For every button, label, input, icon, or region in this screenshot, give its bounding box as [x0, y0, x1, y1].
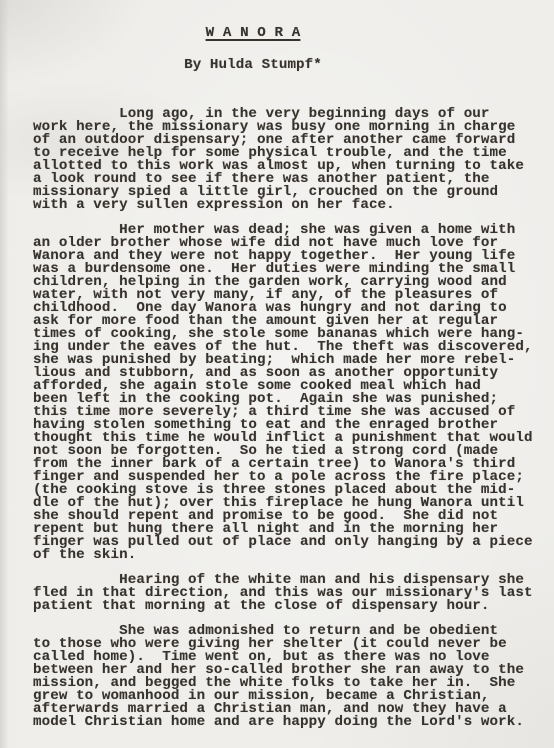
- paragraph: Her mother was dead; she was given a hom…: [33, 224, 554, 562]
- document-body: Long ago, in the very beginning days of …: [33, 108, 554, 729]
- paragraph: She was admonished to return and be obed…: [33, 625, 554, 729]
- document-title: W A N O R A: [0, 27, 506, 40]
- paragraph: Hearing of the white man and his dispens…: [33, 574, 554, 613]
- paragraph: Long ago, in the very beginning days of …: [33, 108, 554, 212]
- document-page: W A N O R A By Hulda Stumpf* Long ago, i…: [0, 0, 554, 748]
- document-byline: By Hulda Stumpf*: [0, 59, 506, 72]
